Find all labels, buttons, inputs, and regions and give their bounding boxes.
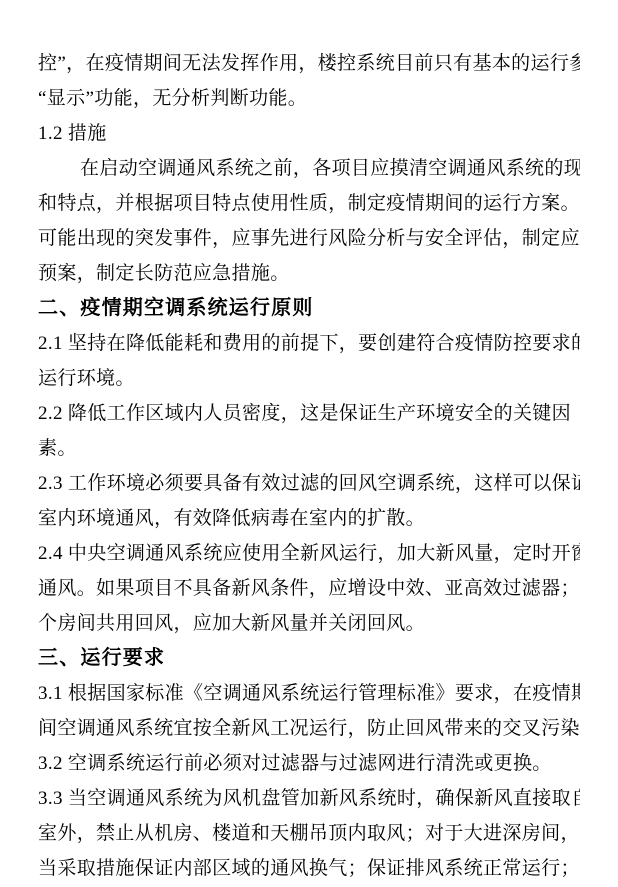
text-line: 3.2 空调系统运行前必须对过滤器与过滤网进行清洗或更换。 <box>38 746 580 781</box>
text-line: 控”，在疫情期间无法发挥作用，楼控系统目前只有基本的运行参数 <box>38 46 580 81</box>
text-line: 预案，制定长防范应急措施。 <box>38 256 580 291</box>
text-line: 室外，禁止从机房、楼道和天棚吊顶内取风；对于大进深房间，应 <box>38 816 580 851</box>
text-line: 当采取措施保证内部区域的通风换气；保证排风系统正常运行；新 <box>38 851 580 886</box>
text-line: 运行环境。 <box>38 361 580 396</box>
text-line: 3.1 根据国家标准《空调通风系统运行管理标准》要求，在疫情期 <box>38 676 580 711</box>
text-line: 和特点，并根据项目特点使用性质，制定疫情期间的运行方案。对 <box>38 186 580 221</box>
text-line: 素。 <box>38 431 580 466</box>
text-line: 可能出现的突发事件，应事先进行风险分析与安全评估，制定应急 <box>38 221 580 256</box>
section-heading: 二、疫情期空调系统运行原则 <box>38 291 580 326</box>
text-line: “显示”功能，无分析判断功能。 <box>38 81 580 116</box>
text-line: 2.1 坚持在降低能耗和费用的前提下，要创建符合疫情防控要求的 <box>38 326 580 361</box>
section-heading: 三、运行要求 <box>38 641 580 676</box>
text-line: 个房间共用回风，应加大新风量并关闭回风。 <box>38 606 580 641</box>
text-line: 1.2 措施 <box>38 116 580 151</box>
text-line: 在启动空调通风系统之前，各项目应摸清空调通风系统的现状 <box>38 151 580 186</box>
text-line: 2.3 工作环境必须要具备有效过滤的回风空调系统，这样可以保证 <box>38 466 580 501</box>
text-line: 2.4 中央空调通风系统应使用全新风运行，加大新风量，定时开窗 <box>38 536 580 571</box>
text-line: 室内环境通风，有效降低病毒在室内的扩散。 <box>38 501 580 536</box>
document-body: 控”，在疫情期间无法发挥作用，楼控系统目前只有基本的运行参数“显示”功能，无分析… <box>0 0 618 886</box>
text-line: 3.3 当空调通风系统为风机盘管加新风系统时，确保新风直接取自 <box>38 781 580 816</box>
text-line: 通风。如果项目不具备新风条件，应增设中效、亚高效过滤器；多 <box>38 571 580 606</box>
text-line: 间空调通风系统宜按全新风工况运行，防止回风带来的交叉污染。 <box>38 711 580 746</box>
text-line: 2.2 降低工作区域内人员密度，这是保证生产环境安全的关键因 <box>38 396 580 431</box>
document-page: 控”，在疫情期间无法发挥作用，楼控系统目前只有基本的运行参数“显示”功能，无分析… <box>0 0 618 887</box>
